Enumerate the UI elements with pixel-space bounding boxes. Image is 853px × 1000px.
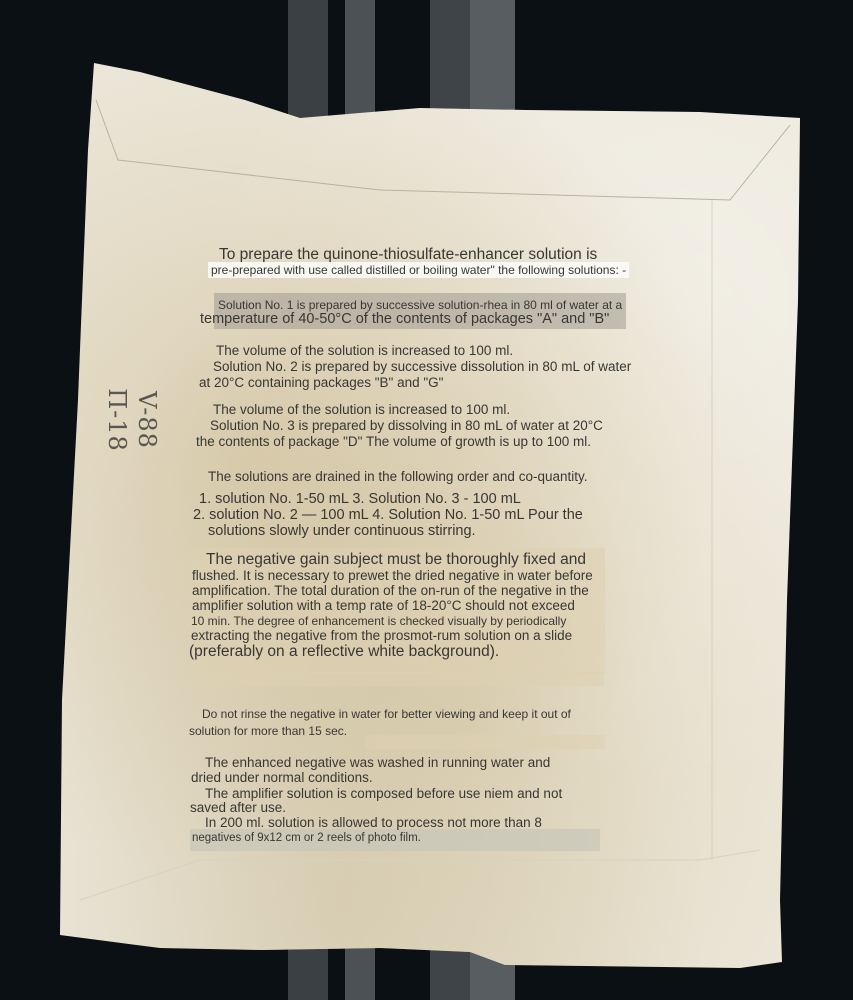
- procedure-line-4: amplifier solution with a temp rate of 1…: [192, 598, 575, 613]
- stamp-line-2: П-18: [102, 388, 132, 452]
- solution2-line-2: Solution No. 2 is prepared by successive…: [213, 359, 631, 374]
- highlight-band: [365, 735, 605, 749]
- procedure-line-1: The negative gain subject must be thorou…: [206, 551, 586, 569]
- order-line-1: 1. solution No. 1-50 mL 3. Solution No. …: [199, 491, 521, 507]
- procedure-line-6: extracting the negative from the prosmot…: [191, 628, 572, 643]
- rinse-note-line-1: Do not rinse the negative in water for b…: [202, 707, 571, 721]
- order-line-3: solutions slowly under continuous stirri…: [208, 523, 476, 539]
- solution3-line-1: The volume of the solution is increased …: [213, 402, 510, 417]
- procedure-line-7: (preferably on a reflective white backgr…: [189, 643, 499, 661]
- stamp: V-88 П-18: [87, 380, 177, 460]
- solution3-line-2: Solution No. 3 is prepared by dissolving…: [210, 418, 603, 433]
- final-line-1: The enhanced negative was washed in runn…: [205, 755, 550, 770]
- solution1-line-1: Solution No. 1 is prepared by successive…: [218, 298, 622, 312]
- final-line-2: dried under normal conditions.: [191, 770, 373, 785]
- procedure-line-3: amplification. The total duration of the…: [192, 583, 589, 598]
- highlight-band: [192, 672, 604, 686]
- final-line-3: The amplifier solution is composed befor…: [205, 786, 562, 801]
- final-line-5: In 200 ml. solution is allowed to proces…: [205, 815, 542, 830]
- procedure-line-2: flushed. It is necessary to prewet the d…: [192, 568, 593, 583]
- final-line-6: negatives of 9x12 cm or 2 reels of photo…: [192, 832, 421, 844]
- order-line-2: 2. solution No. 2 — 100 mL 4. Solution N…: [193, 507, 583, 523]
- solution2-line-3: at 20°C containing packages "B" and "G": [199, 375, 443, 390]
- order-intro: The solutions are drained in the followi…: [208, 469, 587, 484]
- rinse-note-line-2: solution for more than 15 sec.: [189, 724, 347, 738]
- heading-line-2: pre-prepared with use called distilled o…: [208, 262, 629, 278]
- procedure-line-5: 10 min. The degree of enhancement is che…: [191, 614, 566, 628]
- solution3-line-3: the contents of package "D" The volume o…: [196, 434, 591, 449]
- final-line-4: saved after use.: [190, 800, 286, 815]
- solution2-line-1: The volume of the solution is increased …: [216, 343, 513, 358]
- stamp-line-1: V-88: [132, 391, 162, 449]
- solution1-line-2: temperature of 40-50°C of the contents o…: [200, 311, 609, 327]
